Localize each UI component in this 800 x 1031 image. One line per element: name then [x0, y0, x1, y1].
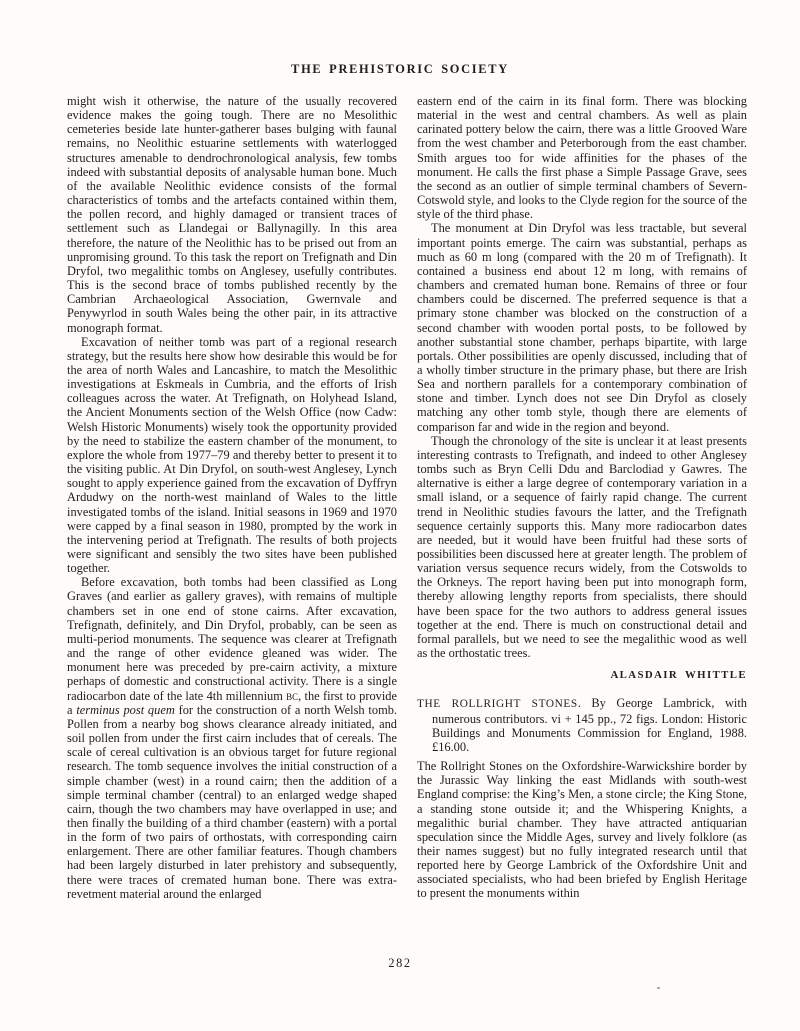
right-column: eastern end of the cairn in its final fo…: [417, 94, 747, 962]
text-run: ALASDAIR WHITTLE: [610, 669, 747, 681]
text-run: The monument at Din Dryfol was less trac…: [417, 221, 747, 433]
text-run: for the construction of a north Welsh to…: [67, 703, 397, 901]
reviewer-byline: ALASDAIR WHITTLE: [417, 668, 747, 682]
sc-text-run: bc: [286, 689, 298, 703]
text-run: eastern end of the cairn in its final fo…: [417, 94, 747, 221]
review-citation: THE ROLLRIGHT STONES. By George Lambrick…: [417, 696, 747, 754]
text-run: might wish it otherwise, the nature of t…: [67, 94, 397, 335]
continued-paragraph: might wish it otherwise, the nature of t…: [67, 94, 397, 335]
journal-running-head: THE PREHISTORIC SOCIETY: [0, 62, 800, 77]
title-caps-text-run: THE ROLLRIGHT STONES: [417, 698, 578, 710]
paragraph: The monument at Din Dryfol was less trac…: [417, 221, 747, 433]
text-run: Though the chronology of the site is unc…: [417, 434, 747, 660]
paragraph: Though the chronology of the site is unc…: [417, 434, 747, 661]
paragraph: Before excavation, both tombs had been c…: [67, 575, 397, 901]
text-run: The Rollright Stones on the Oxfordshire-…: [417, 759, 747, 900]
paragraph: Excavation of neither tomb was part of a…: [67, 335, 397, 576]
left-column: might wish it otherwise, the nature of t…: [67, 94, 397, 962]
continued-paragraph: eastern end of the cairn in its final fo…: [417, 94, 747, 221]
scan-artifact-dot: [657, 987, 660, 989]
italic-text-run: terminus post quem: [76, 703, 174, 717]
text-run: Excavation of neither tomb was part of a…: [67, 335, 397, 576]
review-opening-paragraph: The Rollright Stones on the Oxfordshire-…: [417, 759, 747, 901]
text-run: Before excavation, both tombs had been c…: [67, 575, 397, 702]
scanned-journal-page: THE PREHISTORIC SOCIETY might wish it ot…: [0, 0, 800, 1031]
page-number: 282: [0, 956, 800, 971]
